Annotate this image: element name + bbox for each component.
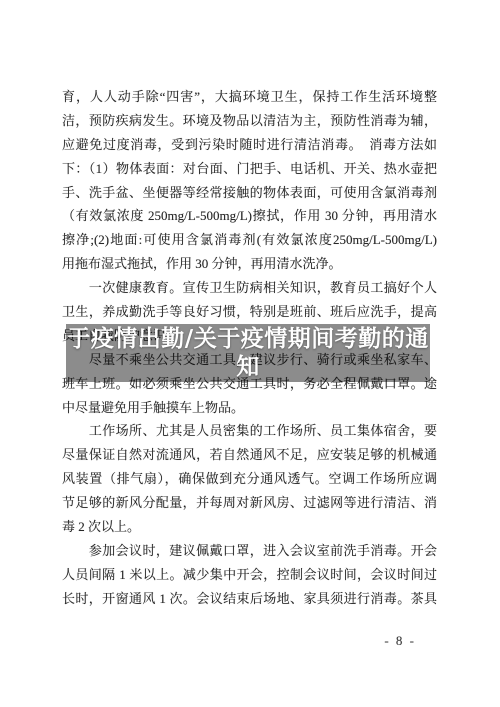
text-line: 洁，预防疾病发生。环境及物品以清洁为主，预防性消毒为辅， [62,109,437,133]
text-line: 下：（1）物体表面：对台面、门把手、电话机、开关、热水壶把 [62,157,437,181]
text-line: 毒 2 次以上。 [62,515,437,539]
text-line: （有效氯浓度 250mg/L-500mg/L)擦拭，作用 30 分钟，再用清水 [62,204,437,228]
text-line: 尽量保证自然对流通风，若自然通风不足，应安装足够的机械通 [62,443,437,467]
text-line: 用拖布湿式拖拭，作用 30 分钟，再用清水洗净。 [62,252,437,276]
text-line: 卫生，养成勤洗手等良好习惯，特别是班前、班后应洗手，提高 [62,300,437,324]
text-line: 参加会议时，建议佩戴口罩，进入会议室前洗手消毒。开会 [62,539,437,563]
text-line: 节足够的新风分配量，并每周对新风房、过滤网等进行清洁、消 [62,491,437,515]
text-line: 手、洗手盆、坐便器等经常接触的物体表面，可使用含氯消毒剂 [62,181,437,205]
text-line: 长时，开窗通风 1 次。会议结束后场地、家具须进行消毒。茶具 [62,587,437,611]
text-line: 工作场所、尤其是人员密集的工作场所、员工集体宿舍，要 [62,419,437,443]
text-line: 一次健康教育。宣传卫生防病相关知识，教育员工搞好个人 [62,276,437,300]
text-line: 擦净;(2)地面:可使用含氯消毒剂(有效氯浓度250mg/L-500mg/L) [62,228,437,252]
overlay-title-line2: 知 [236,353,260,381]
document-page: 育，人人动手除“四害”，大搞环境卫生，保持工作生活环境整洁，预防疾病发生。环境及… [0,0,500,707]
text-line: 育，人人动手除“四害”，大搞环境卫生，保持工作生活环境整 [62,85,437,109]
text-line: 风装置（排气扇），确保做到充分通风透气。空调工作场所应调 [62,467,437,491]
watermark-overlay: 于疫情出勤/关于疫情期间考勤的通 知 [66,324,430,382]
text-line: 应避免过度消毒，受到污染时随时进行清洁消毒。 消毒方法如 [62,133,437,157]
overlay-title-line1: 于疫情出勤/关于疫情期间考勤的通 [67,325,428,353]
text-line: 中尽量避免用手触摸车上物品。 [62,396,437,420]
text-line: 人员间隔 1 米以上。减少集中开会，控制会议时间，会议时间过 [62,563,437,587]
page-number: - 8 - [384,633,416,649]
